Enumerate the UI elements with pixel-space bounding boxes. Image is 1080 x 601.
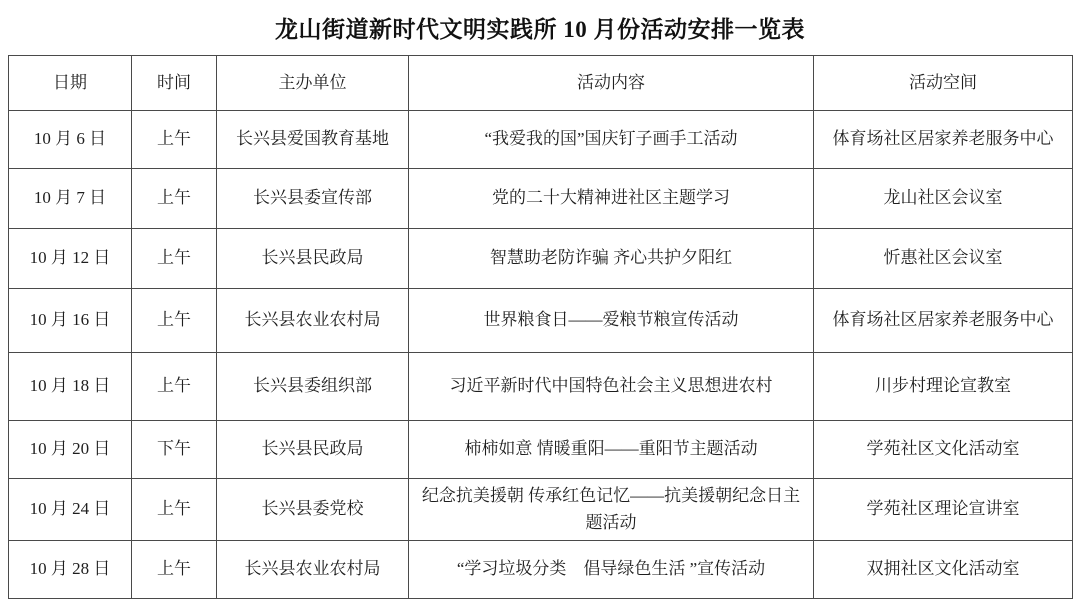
activity-cell: 纪念抗美援朝 传承红色记忆——抗美援朝纪念日主题活动 <box>409 479 814 541</box>
time-cell: 上午 <box>132 229 217 289</box>
venue-cell: 体育场社区居家养老服务中心 <box>814 111 1073 169</box>
date-cell: 10 月 16 日 <box>9 289 132 353</box>
table-row: 10 月 12 日 上午 长兴县民政局 智慧助老防诈骗 齐心共护夕阳红 忻惠社区… <box>9 229 1073 289</box>
page-title: 龙山街道新时代文明实践所 10 月份活动安排一览表 <box>0 0 1080 55</box>
table-row: 10 月 16 日 上午 长兴县农业农村局 世界粮食日——爱粮节粮宣传活动 体育… <box>9 289 1073 353</box>
organizer-cell: 长兴县民政局 <box>217 421 409 479</box>
time-cell: 上午 <box>132 353 217 421</box>
header-row: 日期 时间 主办单位 活动内容 活动空间 <box>9 56 1073 111</box>
activity-cell: 习近平新时代中国特色社会主义思想进农村 <box>409 353 814 421</box>
venue-cell: 学苑社区理论宣讲室 <box>814 479 1073 541</box>
venue-cell: 双拥社区文化活动室 <box>814 541 1073 599</box>
date-cell: 10 月 20 日 <box>9 421 132 479</box>
activity-cell: 党的二十大精神进社区主题学习 <box>409 169 814 229</box>
column-header-venue: 活动空间 <box>814 56 1073 111</box>
table-row: 10 月 6 日 上午 长兴县爱国教育基地 “我爱我的国”国庆钉子画手工活动 体… <box>9 111 1073 169</box>
venue-cell: 体育场社区居家养老服务中心 <box>814 289 1073 353</box>
date-cell: 10 月 28 日 <box>9 541 132 599</box>
activity-cell: “我爱我的国”国庆钉子画手工活动 <box>409 111 814 169</box>
date-cell: 10 月 6 日 <box>9 111 132 169</box>
time-cell: 上午 <box>132 111 217 169</box>
organizer-cell: 长兴县委党校 <box>217 479 409 541</box>
activity-cell: 世界粮食日——爱粮节粮宣传活动 <box>409 289 814 353</box>
column-header-time: 时间 <box>132 56 217 111</box>
date-cell: 10 月 24 日 <box>9 479 132 541</box>
venue-cell: 忻惠社区会议室 <box>814 229 1073 289</box>
table-row: 10 月 18 日 上午 长兴县委组织部 习近平新时代中国特色社会主义思想进农村… <box>9 353 1073 421</box>
column-header-organizer: 主办单位 <box>217 56 409 111</box>
organizer-cell: 长兴县爱国教育基地 <box>217 111 409 169</box>
table-row: 10 月 24 日 上午 长兴县委党校 纪念抗美援朝 传承红色记忆——抗美援朝纪… <box>9 479 1073 541</box>
table-row: 10 月 20 日 下午 长兴县民政局 柿柿如意 情暖重阳——重阳节主题活动 学… <box>9 421 1073 479</box>
table-row: 10 月 28 日 上午 长兴县农业农村局 “学习垃圾分类 倡导绿色生活 ”宣传… <box>9 541 1073 599</box>
time-cell: 上午 <box>132 541 217 599</box>
organizer-cell: 长兴县委组织部 <box>217 353 409 421</box>
table-row: 10 月 7 日 上午 长兴县委宣传部 党的二十大精神进社区主题学习 龙山社区会… <box>9 169 1073 229</box>
time-cell: 下午 <box>132 421 217 479</box>
activity-cell: 智慧助老防诈骗 齐心共护夕阳红 <box>409 229 814 289</box>
document-page: 龙山街道新时代文明实践所 10 月份活动安排一览表 日期 时间 主办单位 活动内… <box>0 0 1080 601</box>
venue-cell: 川步村理论宣教室 <box>814 353 1073 421</box>
date-cell: 10 月 18 日 <box>9 353 132 421</box>
time-cell: 上午 <box>132 289 217 353</box>
activity-cell: “学习垃圾分类 倡导绿色生活 ”宣传活动 <box>409 541 814 599</box>
date-cell: 10 月 7 日 <box>9 169 132 229</box>
date-cell: 10 月 12 日 <box>9 229 132 289</box>
activity-cell: 柿柿如意 情暖重阳——重阳节主题活动 <box>409 421 814 479</box>
organizer-cell: 长兴县委宣传部 <box>217 169 409 229</box>
organizer-cell: 长兴县农业农村局 <box>217 541 409 599</box>
time-cell: 上午 <box>132 169 217 229</box>
time-cell: 上午 <box>132 479 217 541</box>
venue-cell: 龙山社区会议室 <box>814 169 1073 229</box>
activity-schedule-table: 日期 时间 主办单位 活动内容 活动空间 10 月 6 日 上午 长兴县爱国教育… <box>8 55 1073 599</box>
organizer-cell: 长兴县民政局 <box>217 229 409 289</box>
organizer-cell: 长兴县农业农村局 <box>217 289 409 353</box>
column-header-date: 日期 <box>9 56 132 111</box>
venue-cell: 学苑社区文化活动室 <box>814 421 1073 479</box>
column-header-activity: 活动内容 <box>409 56 814 111</box>
